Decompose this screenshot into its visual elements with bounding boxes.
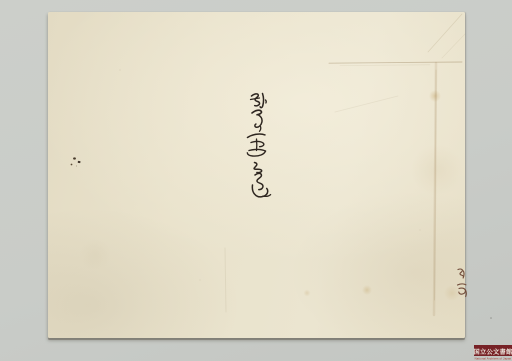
watermark-jp-text: 国立公文書館 [474, 348, 512, 356]
scan-viewport: 国立公文書館 National Archives of Japan [0, 0, 512, 361]
watermark-en-text: National Archives of Japan [475, 357, 512, 361]
document-page [48, 12, 465, 338]
naj-watermark: 国立公文書館 National Archives of Japan [466, 338, 512, 361]
